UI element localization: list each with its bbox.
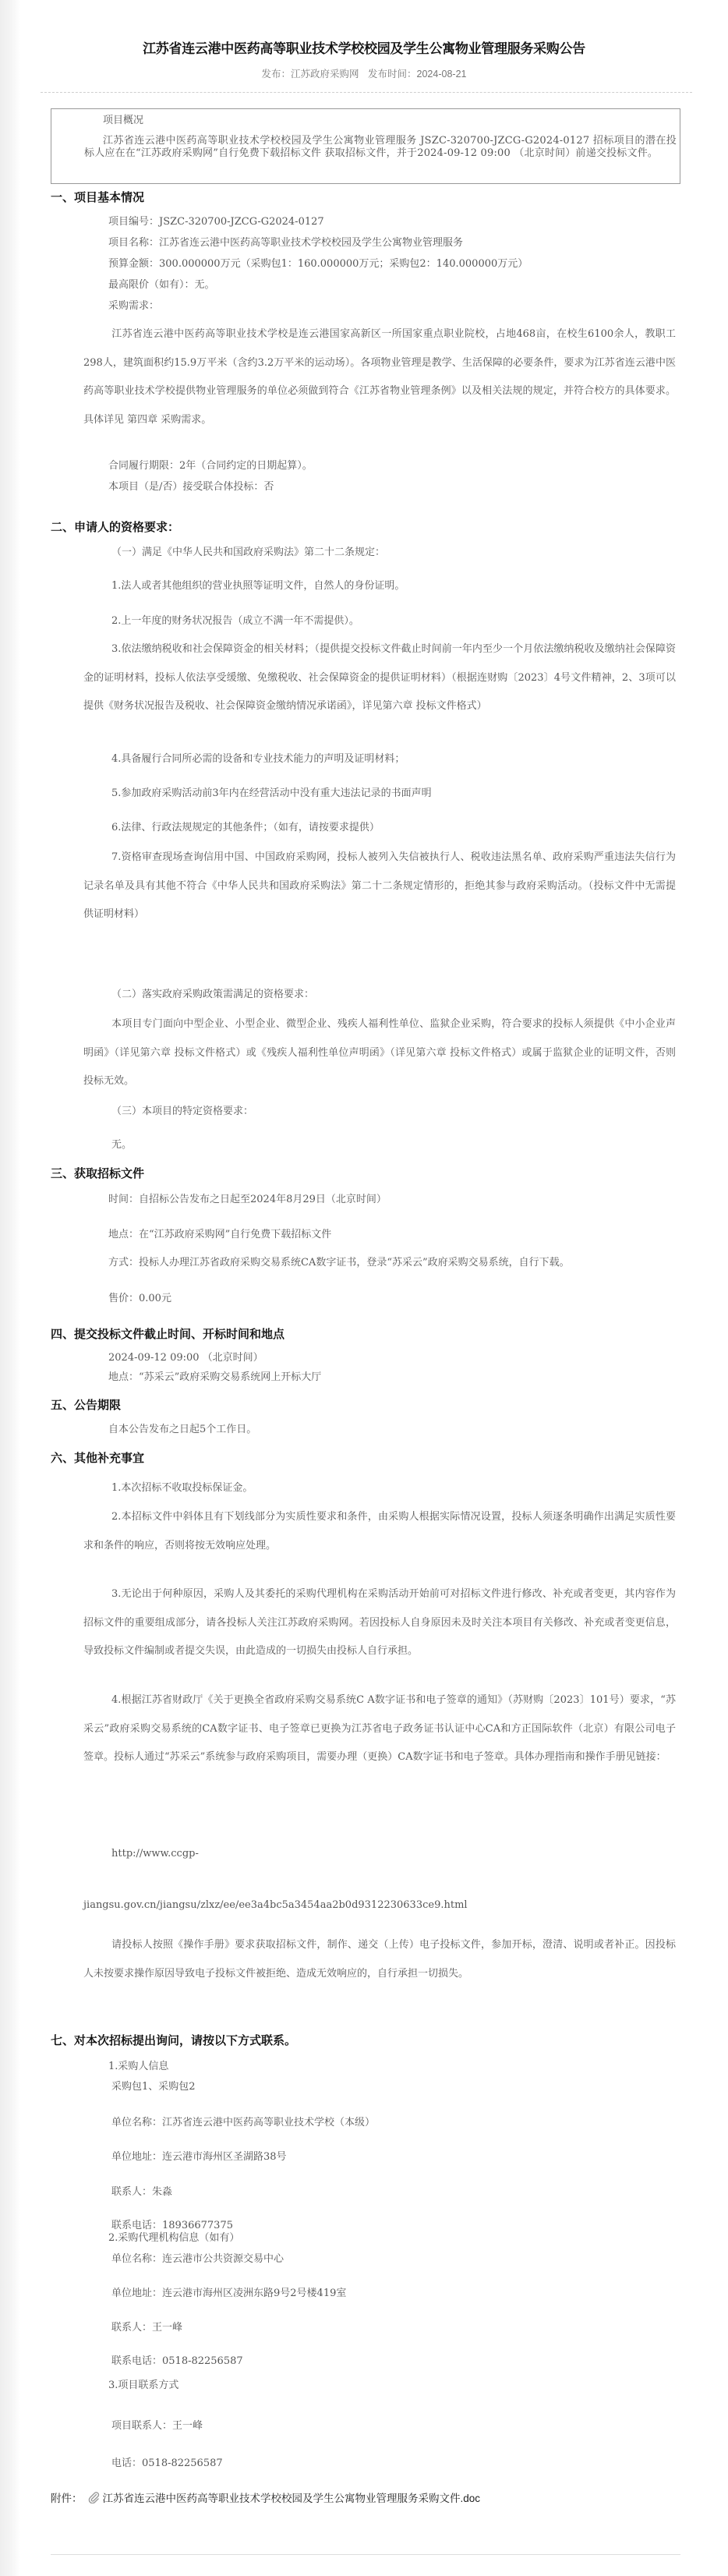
qualification-item-6: 6.法律、行政法规规定的其他条件；（如有，请按要求提供） — [111, 819, 380, 833]
section-heading-5: 五、公告期限 — [51, 1396, 121, 1413]
contract-period: 合同履行期限：2年（合同约定的日期起算）。 — [108, 457, 313, 472]
deadline-time: 2024-09-12 09:00 （北京时间） — [108, 1349, 263, 1364]
attachment-label: 附件： — [51, 2489, 83, 2505]
document-price: 售价：0.00元 — [108, 1290, 171, 1304]
qualification-item-2: 2.上一年度的财务状况报告（成立不满一年不需提供）。 — [111, 612, 359, 627]
max-price: 最高限价（如有）：无。 — [108, 276, 215, 291]
agency-info-title: 2.采购代理机构信息（如有） — [108, 2229, 239, 2244]
agency-name: 单位名称：连云港市公共资源交易中心 — [111, 2250, 284, 2265]
project-contact-title: 3.项目联系方式 — [108, 2376, 178, 2391]
project-number: 项目编号：JSZC-320700-JZCG-G2024-0127 — [108, 213, 324, 228]
purchaser-contact: 联系人：朱淼 — [111, 2183, 172, 2198]
project-summary-box: 项目概况 江苏省连云港中医药高等职业技术学校校园及学生公寓物业管理服务 JSZC… — [51, 108, 680, 184]
supplement-item-3: 3.无论出于何种原因，采购人及其委托的采购代理机构在采购活动开始前可对招标文件进… — [83, 1580, 676, 1666]
budget-amount: 预算金额：300.000000万元（采购包1：160.000000万元；采购包2… — [108, 255, 528, 270]
qualification-sub2-content: 本项目专门面向中型企业、小型企业、微型企业、残疾人福利性单位、监狱企业采购，符合… — [83, 1018, 676, 1087]
qualification-sub2: （二）落实政府采购政策需满足的资格要求： — [111, 985, 314, 1000]
purchaser-name: 单位名称：江苏省连云港中医药高等职业技术学校（本级） — [111, 2114, 375, 2128]
attachment-row: 附件： 江苏省连云港中医药高等职业技术学校校园及学生公寓物业管理服务采购文件.d… — [51, 2489, 480, 2505]
project-name: 项目名称：江苏省连云港中医药高等职业技术学校校园及学生公寓物业管理服务 — [108, 234, 463, 249]
paperclip-icon — [87, 2491, 100, 2503]
qualification-item-3-text: 3.依法缴纳税收和社会保障资金的相关材料；（提供提交投标文件截止时间前一年内至少… — [83, 643, 676, 712]
demand-label: 采购需求： — [108, 297, 159, 312]
summary-body: 江苏省连云港中医药高等职业技术学校校园及学生公寓物业管理服务 JSZC-3207… — [84, 135, 677, 159]
supplement-item-4-text: 4.根据江苏省财政厅《关于更换全省政府采购交易系统C A数字证书和电子签章的通知… — [83, 1694, 676, 1763]
qualification-item-7: 7.资格审查现场查询信用中国、中国政府采购网，投标人被列入失信被执行人、税收违法… — [83, 844, 676, 929]
agency-contact: 联系人：王一峰 — [111, 2319, 182, 2334]
section-heading-2: 二、申请人的资格要求： — [51, 518, 179, 535]
qualification-item-3: 3.依法缴纳税收和社会保障资金的相关材料；（提供提交投标文件截止时间前一年内至少… — [83, 635, 676, 721]
obtain-method-text: 方式：投标人办理江苏省政府采购交易系统CA数字证书，登录“苏采云”政府采购交易系… — [108, 1257, 570, 1269]
section-heading-1: 一、项目基本情况 — [51, 189, 144, 205]
supplement-closing: 请投标人按照《操作手册》要求获取招标文件，制作、递交（上传）电子投标文件，参加开… — [83, 1931, 676, 1988]
obtain-place: 地点：在“江苏政府采购网”自行免费下载招标文件 — [108, 1226, 331, 1240]
publish-date-label: 发布时间： — [368, 69, 417, 80]
agency-phone: 联系电话：0518-82256587 — [111, 2352, 243, 2367]
qualification-item-5: 5.参加政府采购活动前3年内在经营活动中没有重大违法记录的书面声明 — [111, 784, 432, 799]
project-contact-phone: 电话：0518-82256587 — [111, 2454, 223, 2469]
summary-heading: 项目概况 — [103, 115, 143, 127]
purchaser-packages: 采购包1、采购包2 — [111, 2078, 196, 2093]
qualification-sub2-text: 本项目专门面向中型企业、小型企业、微型企业、残疾人福利性单位、监狱企业采购，符合… — [83, 1010, 676, 1096]
obtain-time: 时间：自招标公告发布之日起至2024年8月29日（北京时间） — [108, 1191, 387, 1205]
qualification-item-7-text: 7.资格审查现场查询信用中国、中国政府采购网，投标人被列入失信被执行人、税收违法… — [83, 851, 676, 920]
consortium-bid: 本项目（是/否）接受联合体投标：否 — [108, 478, 274, 493]
supplement-closing-text: 请投标人按照《操作手册》要求获取招标文件，制作、递交（上传）电子投标文件，参加开… — [83, 1939, 676, 1980]
supplement-item-2-text: 2.本招标文件中斜体且有下划线部分为实质性要求和条件，由采购人根据实际情况设置，… — [83, 1511, 676, 1552]
publisher-label: 发布： — [262, 69, 292, 80]
qualification-sub3: （三）本项目的特定资格要求： — [111, 1102, 253, 1117]
section-heading-6: 六、其他补充事宜 — [51, 1449, 144, 1466]
notice-period: 自本公告发布之日起5个工作日。 — [108, 1421, 256, 1435]
supplement-item-1: 1.本次招标不收取投标保证金。 — [111, 1479, 253, 1494]
project-contact-person: 项目联系人：王一峰 — [111, 2417, 203, 2432]
footer-divider — [51, 2554, 680, 2555]
agency-address: 单位地址：连云港市海州区凌洲东路9号2号楼419室 — [111, 2284, 346, 2299]
supplement-item-3-text: 3.无论出于何种原因，采购人及其委托的采购代理机构在采购活动开始前可对招标文件进… — [83, 1588, 676, 1657]
section-heading-4: 四、提交投标文件截止时间、开标时间和地点 — [51, 1325, 284, 1342]
guide-link-line1[interactable]: http://www.ccgp- — [111, 1848, 199, 1859]
supplement-item-2: 2.本招标文件中斜体且有下划线部分为实质性要求和条件，由采购人根据实际情况设置，… — [83, 1503, 676, 1560]
obtain-method: 方式：投标人办理江苏省政府采购交易系统CA数字证书，登录“苏采云”政府采购交易系… — [83, 1257, 676, 1269]
qualification-sub3-text: 无。 — [111, 1136, 132, 1151]
purchaser-address: 单位地址：连云港市海州区圣湖路38号 — [111, 2148, 287, 2163]
section-heading-7: 七、对本次招标提出询问，请按以下方式联系。 — [51, 2032, 296, 2048]
opening-place: 地点：“苏采云”政府采购交易系统网上开标大厅 — [108, 1368, 321, 1383]
demand-text: 江苏省连云港中医药高等职业技术学校是连云港国家高新区一所国家重点职业院校，占地4… — [83, 320, 676, 434]
guide-link-line2[interactable]: jiangsu.gov.cn/jiangsu/zlxz/ee/ee3a4bc5a… — [83, 1899, 468, 1911]
page-title: 江苏省连云港中医药高等职业技术学校校园及学生公寓物业管理服务采购公告 — [0, 37, 728, 57]
qualification-item-1: 1.法人或者其他组织的营业执照等证明文件，自然人的身份证明。 — [111, 577, 405, 592]
qualification-sub1: （一）满足《中华人民共和国政府采购法》第二十二条规定： — [111, 543, 385, 558]
left-gutter — [0, 0, 20, 2576]
section-heading-3: 三、获取招标文件 — [51, 1165, 144, 1181]
qualification-item-4: 4.具备履行合同所必需的设备和专业技术能力的声明及证明材料； — [111, 750, 405, 765]
publisher: 江苏政府采购网 — [291, 69, 359, 80]
supplement-item-4: 4.根据江苏省财政厅《关于更换全省政府采购交易系统C A数字证书和电子签章的通知… — [83, 1686, 676, 1772]
attachment-file-link[interactable]: 江苏省连云港中医药高等职业技术学校校园及学生公寓物业管理服务采购文件.doc — [103, 2489, 481, 2505]
demand-text-content: 江苏省连云港中医药高等职业技术学校是连云港国家高新区一所国家重点职业院校，占地4… — [83, 328, 676, 426]
purchaser-info-title: 1.采购人信息 — [108, 2058, 168, 2072]
header-divider — [41, 92, 692, 93]
publish-meta: 发布：江苏政府采购网 发布时间：2024-08-21 — [0, 66, 728, 80]
publish-date: 2024-08-21 — [417, 69, 467, 80]
